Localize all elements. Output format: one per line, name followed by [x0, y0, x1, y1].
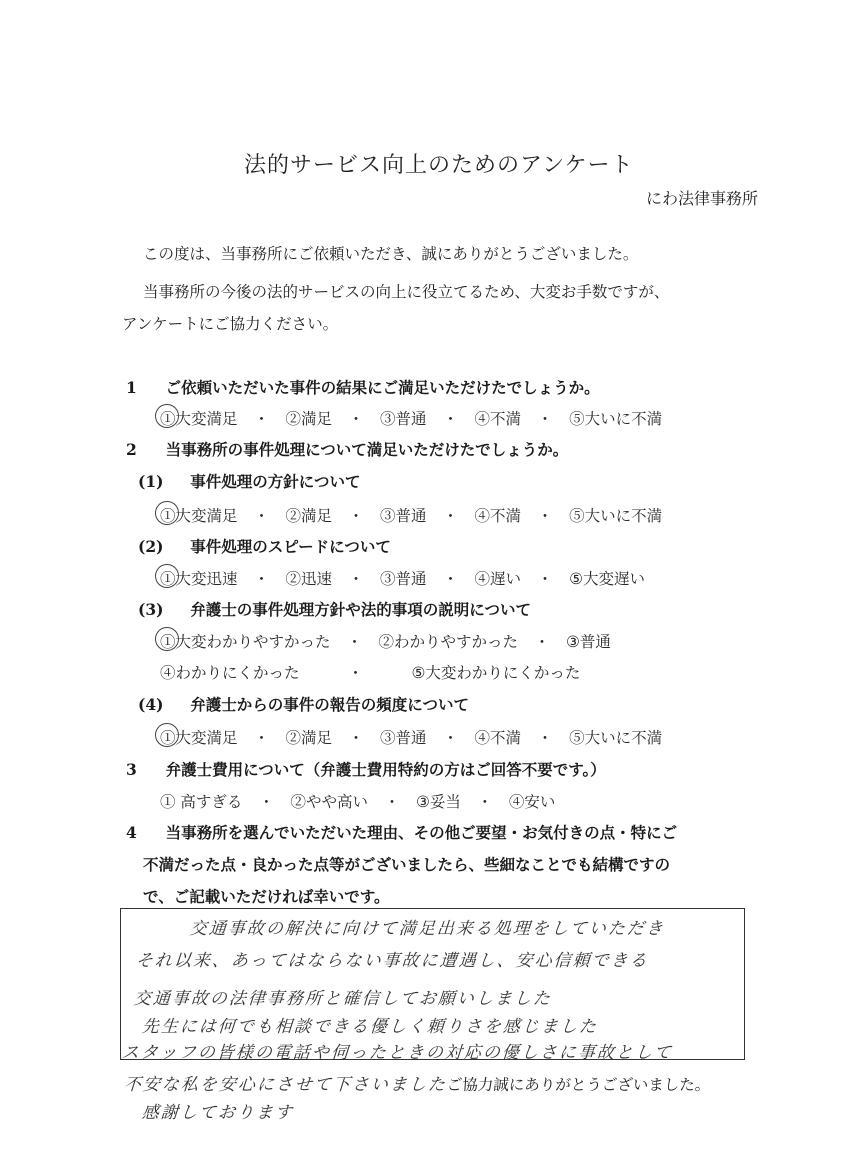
- q1-options: ①大変満足・②満足・③普通・④不満・⑤大いに不満: [160, 407, 662, 429]
- subquestion-text: 事件処理の方針について: [190, 472, 360, 491]
- handwritten-line-5: スタッフの皆様の電話や伺ったときの対応の優しさに事故として: [121, 1038, 674, 1063]
- question-number: 2: [126, 440, 137, 459]
- option[interactable]: ②迅速: [286, 570, 333, 588]
- option-selected[interactable]: ①大変迅速: [160, 567, 238, 589]
- option-selected[interactable]: ①大変わかりやすかった: [160, 630, 331, 652]
- q2-2-options: ①大変迅速・②迅速・③普通・④遅い・⑤大変遅い: [160, 567, 645, 589]
- option-selected[interactable]: ①大変満足: [160, 726, 238, 748]
- survey-title: 法的サービス向上のためのアンケート: [244, 148, 634, 179]
- question-2: 2 当事務所の事件処理について満足いただけたでしょうか。: [126, 438, 568, 460]
- subquestion-number: (3): [138, 600, 163, 619]
- option[interactable]: ②満足: [286, 507, 333, 525]
- option[interactable]: ⑤大変遅い: [569, 570, 645, 588]
- intro-line-3: アンケートにご協力ください。: [122, 312, 338, 334]
- option[interactable]: ④不満: [475, 507, 522, 525]
- subquestion-text: 事件処理のスピードについて: [190, 537, 391, 556]
- question-4-line-3: で、ご記載いただければ幸いです。: [143, 885, 389, 907]
- option[interactable]: ④安い: [509, 793, 556, 811]
- question-number: 3: [126, 760, 137, 779]
- option[interactable]: ⑤大いに不満: [569, 507, 662, 525]
- option[interactable]: ④遅い: [475, 570, 522, 588]
- handwritten-text: 不安な私を安心にさせて下さいました: [123, 1075, 447, 1095]
- option[interactable]: ⑤大いに不満: [569, 729, 662, 747]
- option[interactable]: ②やや高い: [290, 793, 368, 811]
- question-text-line-1: 当事務所を選んでいただいた理由、その他ご要望・お気付きの点・特にご: [166, 823, 678, 842]
- handwritten-line-1: 交通事故の解決に向けて満足出来る処理をしていただき: [189, 914, 666, 939]
- question-4-line-2: 不満だった点・良かった点等がございましたら、些細なことでも結構ですの: [143, 853, 670, 875]
- subquestion-2-3: (3) 弁護士の事件処理方針や法的事項の説明について: [138, 598, 531, 620]
- printed-closing: ご協力誠にありがとうございました。: [446, 1076, 711, 1094]
- option[interactable]: ⑤大いに不満: [569, 410, 662, 428]
- subquestion-number: (4): [138, 695, 163, 714]
- organization-name: にわ法律事務所: [646, 186, 758, 209]
- subquestion-2-4: (4) 弁護士からの事件の報告の頻度について: [138, 693, 469, 715]
- question-1: 1 ご依頼いただいた事件の結果にご満足いただけたでしょうか。: [126, 376, 600, 398]
- subquestion-text: 弁護士の事件処理方針や法的事項の説明について: [190, 600, 531, 619]
- question-3: 3 弁護士費用について（弁護士費用特約の方はご回答不要です。）: [126, 758, 606, 780]
- option[interactable]: ③普通: [380, 729, 427, 747]
- q2-1-options: ①大変満足・②満足・③普通・④不満・⑤大いに不満: [160, 504, 662, 526]
- subquestion-number: (1): [138, 472, 163, 491]
- q2-3-options-row-1: ①大変わかりやすかった・②わかりやすかった・③普通: [160, 630, 611, 652]
- q3-options: ① 高すぎる・②やや高い・③妥当・④安い: [160, 790, 555, 812]
- option[interactable]: ③妥当: [416, 793, 461, 811]
- option[interactable]: ④不満: [475, 729, 522, 747]
- question-number: 1: [126, 378, 137, 397]
- question-text: 弁護士費用について（弁護士費用特約の方はご回答不要です。）: [166, 760, 606, 779]
- option[interactable]: ③普通: [380, 410, 427, 428]
- option[interactable]: ④わかりにくかった: [160, 664, 300, 682]
- handwritten-line-6: 不安な私を安心にさせて下さいましたご協力誠にありがとうございました。: [123, 1070, 711, 1095]
- q2-4-options: ①大変満足・②満足・③普通・④不満・⑤大いに不満: [160, 726, 662, 748]
- intro-line-1: この度は、当事務所にご依頼いただき、誠にありがとうございました。: [143, 242, 638, 264]
- intro-line-2: 当事務所の今後の法的サービスの向上に役立てるため、大変お手数ですが、: [143, 280, 669, 302]
- option[interactable]: ④不満: [475, 410, 522, 428]
- handwritten-line-4: 先生には何でも相談できる優しく頼りさを感じました: [141, 1012, 599, 1037]
- question-text: 当事務所の事件処理について満足いただけたでしょうか。: [166, 440, 569, 459]
- option[interactable]: ②満足: [286, 410, 333, 428]
- subquestion-2-1: (1) 事件処理の方針について: [138, 470, 360, 492]
- option[interactable]: ②満足: [286, 729, 333, 747]
- q2-3-options-row-2: ④わかりにくかった・⑤大変わかりにくかった: [160, 661, 580, 683]
- option[interactable]: ① 高すぎる: [160, 793, 242, 811]
- option[interactable]: ⑤大変わかりにくかった: [412, 664, 581, 682]
- subquestion-2-2: (2) 事件処理のスピードについて: [138, 535, 391, 557]
- handwritten-line-3: 交通事故の法律事務所と確信してお願いしました: [133, 984, 553, 1009]
- subquestion-text: 弁護士からの事件の報告の頻度について: [190, 695, 469, 714]
- option[interactable]: ③普通: [566, 633, 611, 651]
- subquestion-number: (2): [138, 537, 163, 556]
- option[interactable]: ③普通: [380, 507, 427, 525]
- question-4: 4 当事務所を選んでいただいた理由、その他ご要望・お気付きの点・特にご: [126, 821, 677, 843]
- option[interactable]: ③普通: [380, 570, 427, 588]
- option[interactable]: ②わかりやすかった: [379, 633, 519, 651]
- handwritten-line-2: それ以来、あってはならない事故に遭遇し、安心信頼できる: [135, 946, 650, 971]
- option-selected[interactable]: ①大変満足: [160, 407, 238, 429]
- option-selected[interactable]: ①大変満足: [160, 504, 238, 526]
- question-text: ご依頼いただいた事件の結果にご満足いただけたでしょうか。: [166, 378, 600, 397]
- handwritten-line-7: 感謝しております: [141, 1098, 295, 1123]
- question-number: 4: [126, 823, 137, 842]
